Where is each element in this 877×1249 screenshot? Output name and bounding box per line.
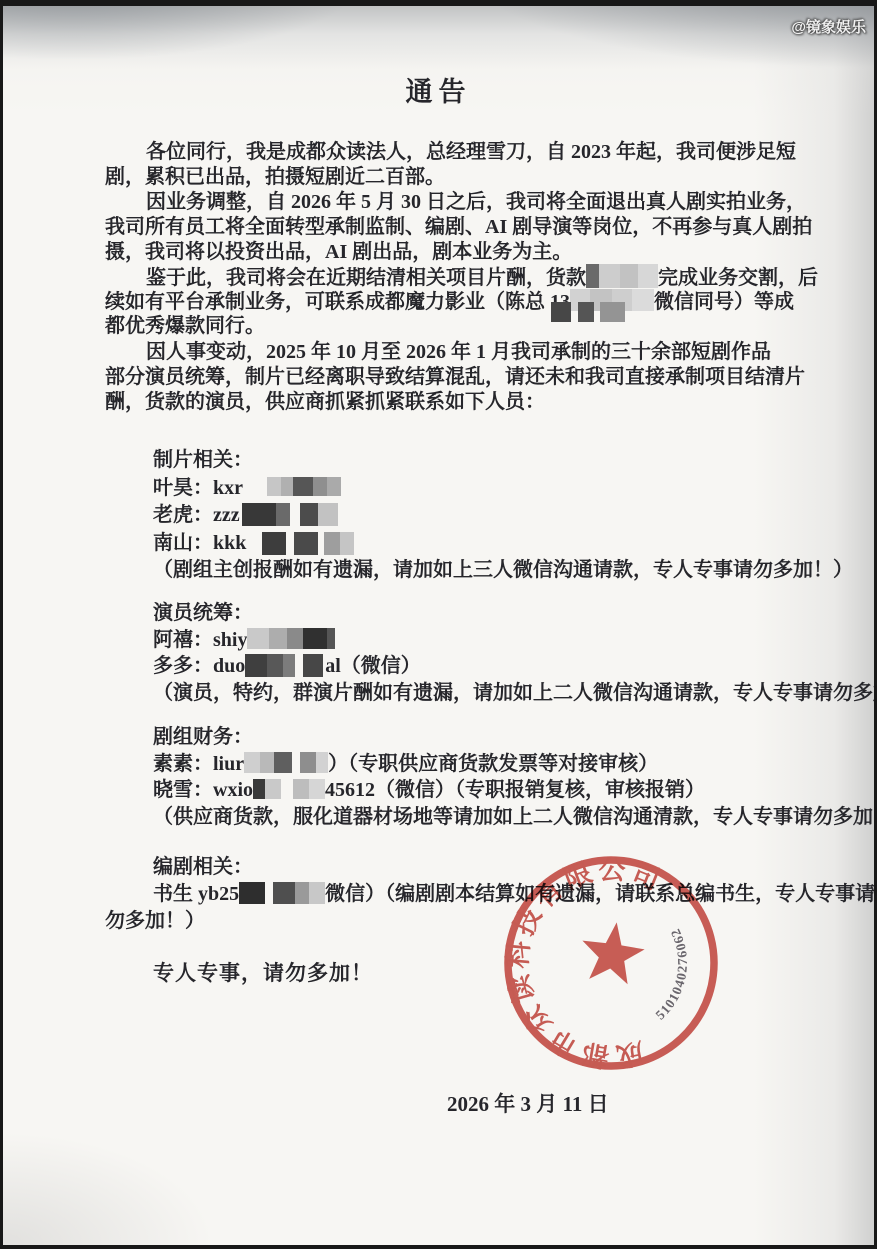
paragraph-personnel-change: 因人事变动，2025 年 10 月至 2026 年 1 月我司承制的三十余部短剧… xyxy=(105,340,817,415)
section-note: （剧组主创报酬如有遗漏，请加如上三人微信沟通请款，专人专事请勿多加！） xyxy=(153,557,813,585)
section-heading: 演员统筹： xyxy=(153,600,813,627)
paragraph-intro: 各位同行，我是成都众读法人，总经理雪刀，自 2023 年起，我司便涉足短 剧，累… xyxy=(105,140,817,190)
redaction-mosaic xyxy=(253,779,325,799)
contact-name: 阿禧：shiy xyxy=(153,629,247,651)
text-segment: 45612（微信）（专职报销复核，审核报销） xyxy=(325,779,705,801)
text-line: 我司所有员工将全面转型承制监制、编剧、AI 剧导演等岗位，不再参与真人剧拍 xyxy=(105,215,817,240)
contact-name: 晓雪：wxio xyxy=(153,779,253,801)
contact-line: 多多：duoal（微信） xyxy=(153,653,813,680)
seal-registration-number: 5101040276062 xyxy=(651,924,695,1025)
section-heading: 剧组财务： xyxy=(153,724,813,751)
contact-line: 晓雪：wxio45612（微信）（专职报销复核，审核报销） xyxy=(153,777,813,804)
contact-line: 老虎：zzz xyxy=(153,502,813,530)
contact-name: 书生 yb25 xyxy=(153,883,239,905)
section-finance: 剧组财务： 素素：liur）（专职供应商货款发票等对接审核） 晓雪：wxio45… xyxy=(153,724,813,830)
contact-name: 南山：kkk xyxy=(153,532,246,554)
section-casting: 演员统筹： 阿禧：shiy 多多：duoal（微信） （演员，特约，群演片酬如有… xyxy=(153,600,813,706)
text-segment: al（微信） xyxy=(325,655,421,677)
redaction-mosaic xyxy=(262,532,354,555)
text-line: 鉴于此，我司将会在近期结清相关项目片酬，货款完成业务交割，后 xyxy=(105,264,817,289)
watermark: @镜象娱乐 xyxy=(791,16,866,37)
contact-name: 叶昊：kxr xyxy=(153,477,243,499)
paragraph-business-adjustment: 因业务调整，自 2026 年 5 月 30 日之后，我司将全面退出真人剧实拍业务… xyxy=(105,190,817,265)
redaction-mosaic xyxy=(244,752,328,773)
text-segment: ）（专职供应商货款发票等对接审核） xyxy=(328,753,658,775)
contact-line: 南山：kkk xyxy=(153,530,813,558)
seal-company-name: 成都市众读科技有限公司 xyxy=(490,842,671,1077)
seal-star-icon xyxy=(577,918,647,986)
text-line: 因业务调整，自 2026 年 5 月 30 日之后，我司将全面退出真人剧实拍业务… xyxy=(105,190,817,215)
paragraph-settlement: 鉴于此，我司将会在近期结清相关项目片酬，货款完成业务交割，后 续如有平台承制业务… xyxy=(105,264,817,339)
section-note: （供应商货款，服化道器材场地等请加如上二人微信沟通清款，专人专事请勿多加！） xyxy=(153,804,813,831)
text-line: 摄，我司将以投资出品，AI 剧出品，剧本业务为主。 xyxy=(105,240,817,265)
redaction-mosaic xyxy=(242,503,338,526)
text-line: 酬，货款的演员，供应商抓紧抓紧联系如下人员： xyxy=(105,390,817,415)
text-line: 续如有平台承制业务，可联系成都魔力影业（陈总 13微信同号）等成 xyxy=(105,289,817,314)
text-line: 各位同行，我是成都众读法人，总经理雪刀，自 2023 年起，我司便涉足短 xyxy=(105,140,817,165)
redaction-mosaic xyxy=(586,264,658,288)
redaction-mosaic xyxy=(245,654,325,677)
contact-name: 老虎：zzz xyxy=(153,504,240,526)
redaction-mosaic xyxy=(247,628,335,649)
contact-line: 阿禧：shiy xyxy=(153,627,813,654)
section-production: 制片相关： 叶昊：kxr 老虎：zzz 南山：kkk （剧组主创报酬如有遗漏，请… xyxy=(153,447,813,585)
closing-line: 专人专事，请勿多加！ xyxy=(153,957,373,987)
page-title: 通告 xyxy=(3,70,874,109)
text-segment: 完成业务交割，后 xyxy=(658,267,818,289)
section-note: （演员，特约，群演片酬如有遗漏，请加如上二人微信沟通请款，专人专事请勿多加！） xyxy=(153,680,813,707)
text-line: 都优秀爆款同行。 xyxy=(105,314,817,339)
text-segment: 续如有平台承制业务，可联系成都魔力影业（陈总 13 xyxy=(105,291,570,313)
contact-line: 素素：liur）（专职供应商货款发票等对接审核） xyxy=(153,751,813,778)
text-line: 剧，累积已出品，拍摄短剧近二百部。 xyxy=(105,165,817,190)
redaction-mosaic xyxy=(239,882,325,904)
contact-name: 素素：liur xyxy=(153,753,244,775)
text-line: 因人事变动，2025 年 10 月至 2026 年 1 月我司承制的三十余部短剧… xyxy=(105,340,817,365)
text-line: 部分演员统筹，制片已经离职导致结算混乱，请还未和我司直接承制项目结清片 xyxy=(105,365,817,390)
company-seal-stamp: 成都市众读科技有限公司 5101040276062 xyxy=(487,839,735,1087)
text-segment: 微信同号）等成 xyxy=(654,291,794,313)
scanned-notice-document: @镜象娱乐 通告 各位同行，我是成都众读法人，总经理雪刀，自 2023 年起，我… xyxy=(0,0,877,1249)
section-heading: 制片相关： xyxy=(153,447,813,475)
redaction-mosaic xyxy=(267,477,341,496)
date-line: 2026 年 3 月 11 日 xyxy=(447,1088,609,1118)
contact-name: 多多：duo xyxy=(153,655,245,677)
redaction-mosaic xyxy=(551,302,625,322)
contact-line: 叶昊：kxr xyxy=(153,475,813,503)
text-segment: 鉴于此，我司将会在近期结清相关项目片酬，货款 xyxy=(146,267,586,289)
